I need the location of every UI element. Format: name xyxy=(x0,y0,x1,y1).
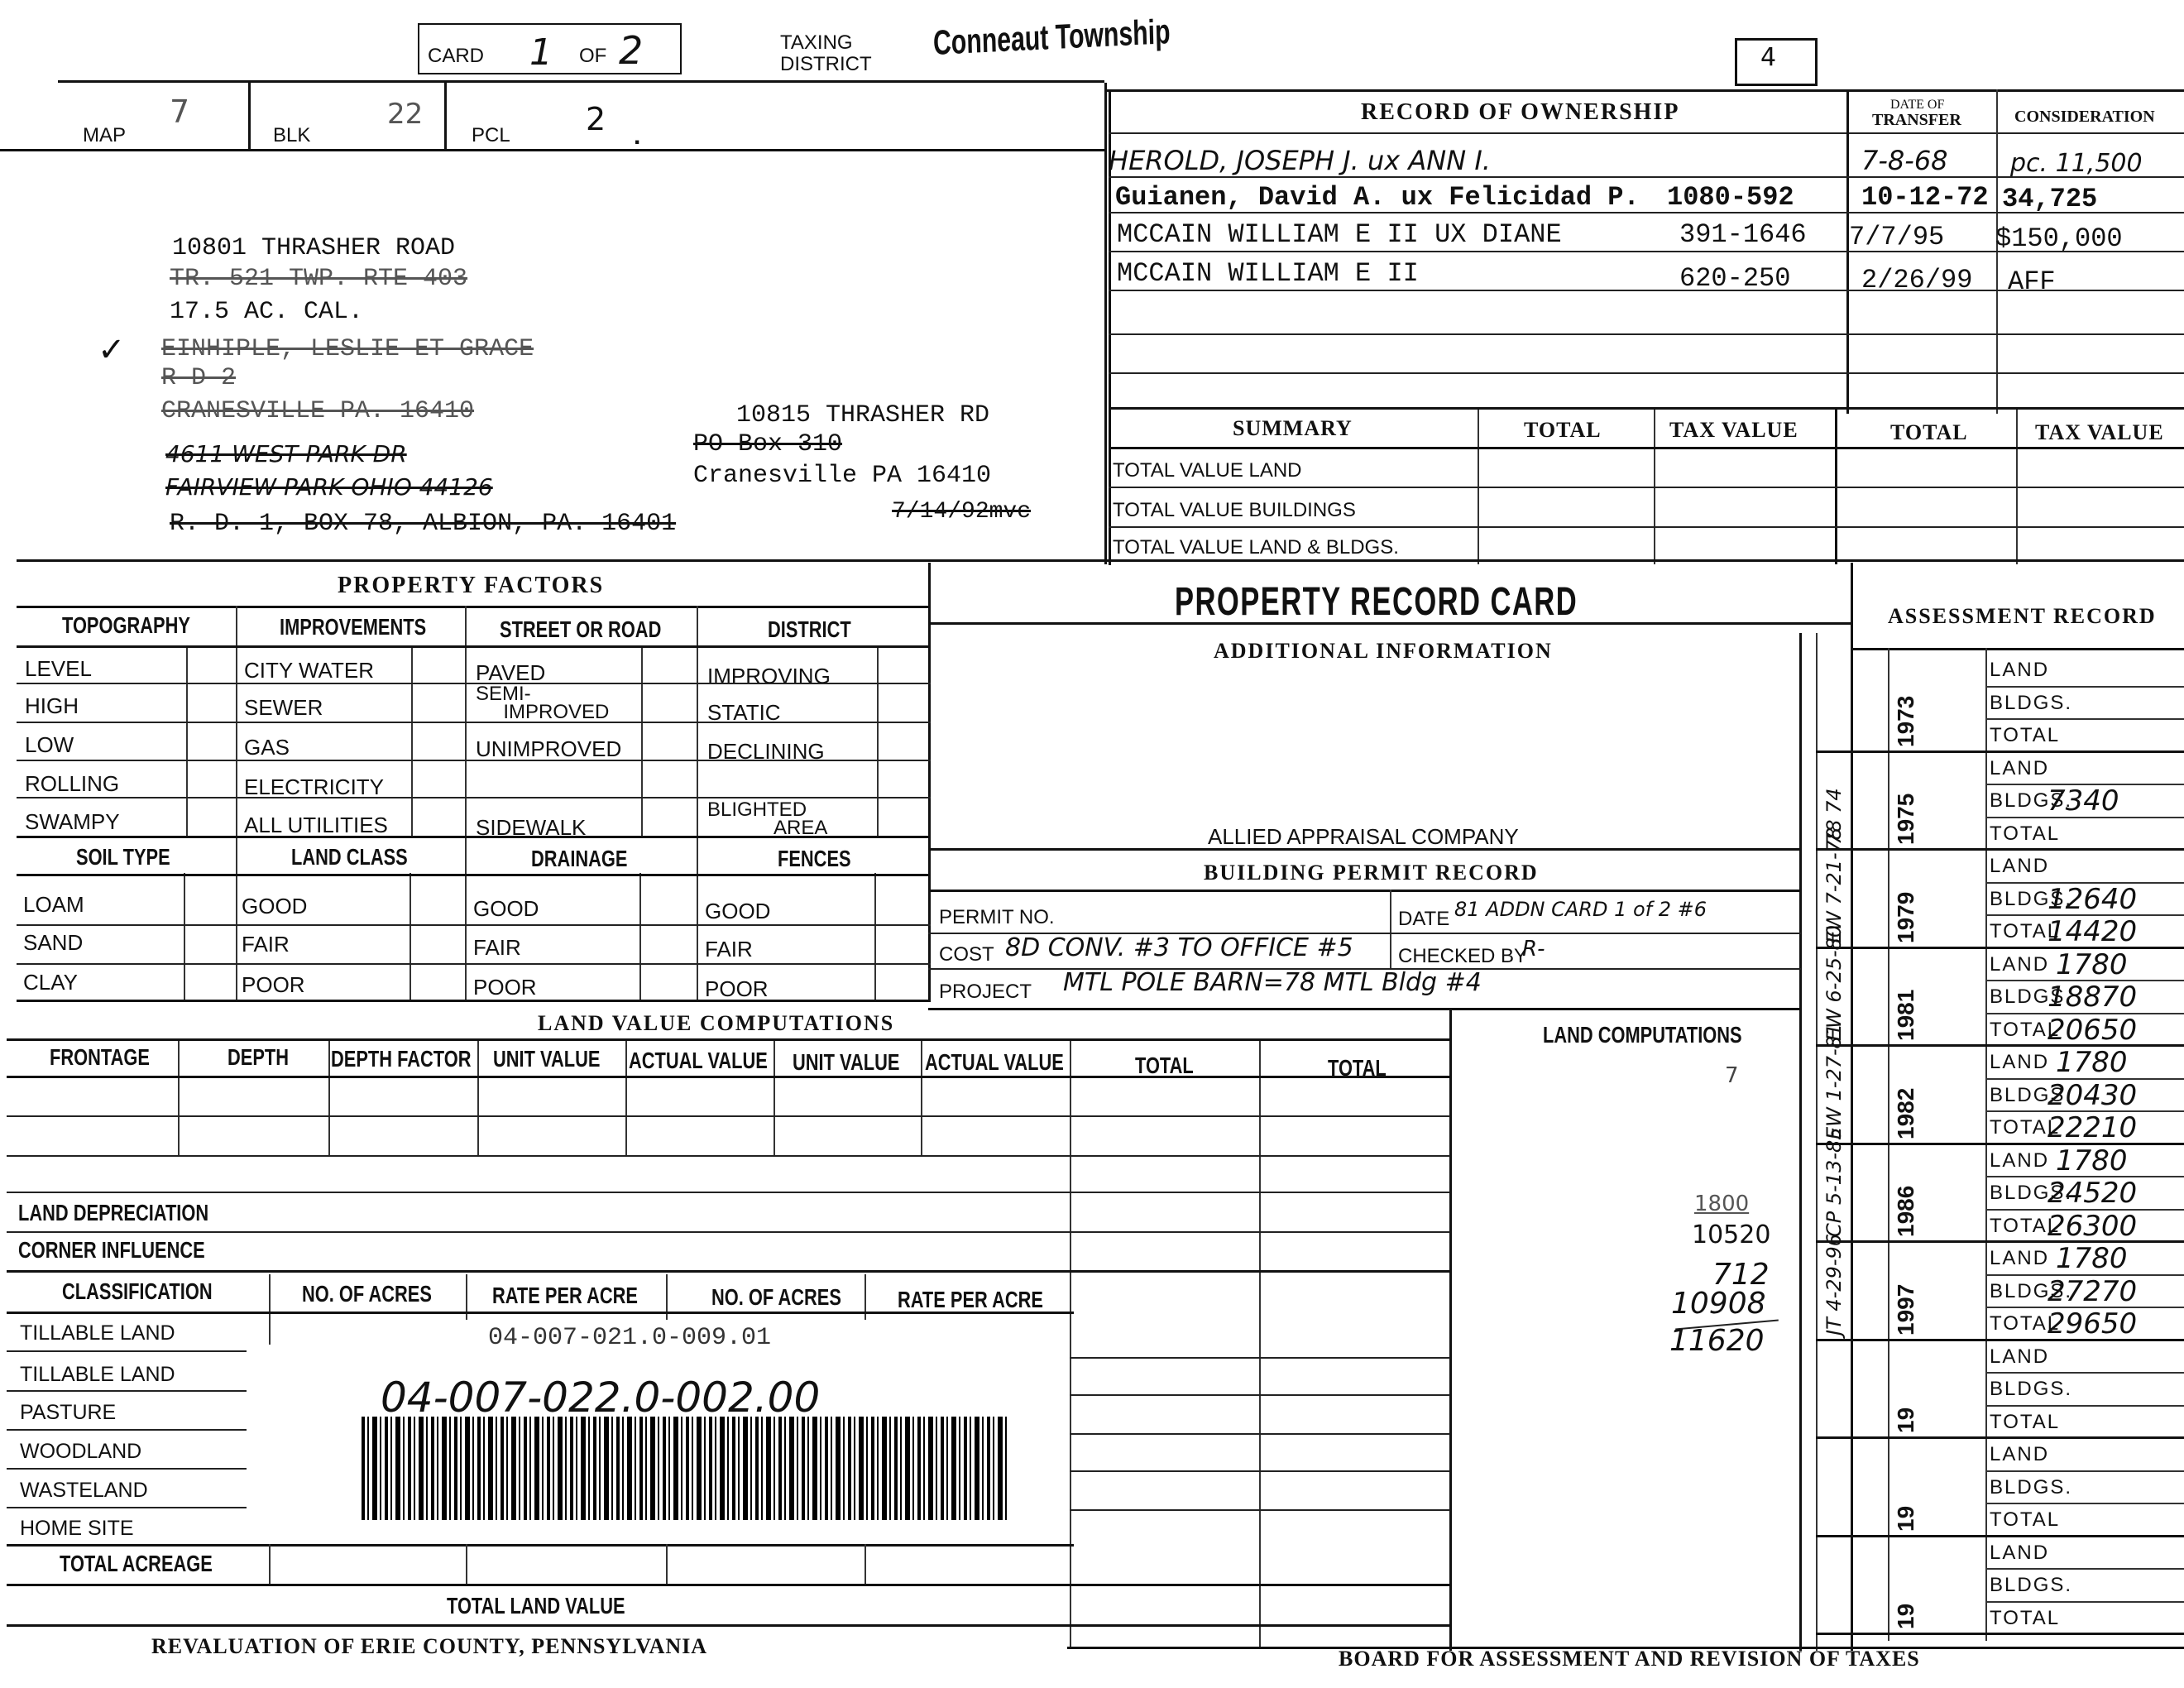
factor-item: SWAMPY xyxy=(25,809,120,835)
assessment-bldgs-value: 24520 xyxy=(2047,1177,2137,1210)
address-line: FAIRVIEW PARK OHIO 44126 xyxy=(165,473,493,501)
factor-item: UNIMPROVED xyxy=(476,736,621,762)
consideration-header: CONSIDERATION xyxy=(2014,108,2155,127)
owner-name: Guianen, David A. ux Felicidad P. xyxy=(1115,182,1640,213)
address-line: R D 2 xyxy=(161,364,236,392)
summary-col-total-2: TOTAL xyxy=(1890,420,1968,445)
assessment-land-value: 1780 xyxy=(2056,1144,2128,1177)
blk-label: BLK xyxy=(273,124,310,147)
assessment-year: 1979 xyxy=(1893,891,1919,942)
factor-item: GOOD xyxy=(473,896,539,922)
map-value: 7 xyxy=(170,94,189,130)
factor-item: CLAY xyxy=(23,970,78,995)
pcl-value: 2 xyxy=(586,101,606,137)
assessment-label-land: LAND xyxy=(1990,1542,2049,1565)
assessment-year: 19 xyxy=(1893,1505,1919,1531)
summary-row-land: TOTAL VALUE LAND xyxy=(1113,459,1302,482)
assessment-label-land: LAND xyxy=(1990,855,2049,878)
permit-no-label: PERMIT NO. xyxy=(939,906,1055,929)
assessment-label-total: TOTAL xyxy=(1990,1411,2060,1434)
factor-item: SEWER xyxy=(244,695,323,721)
land-value-title: LAND VALUE COMPUTATIONS xyxy=(538,1011,894,1036)
date-header-2: TRANSFER xyxy=(1872,111,1961,130)
taxing-district-label-1: TAXING xyxy=(780,31,853,55)
checked-by-label: CHECKED BY xyxy=(1398,945,1527,968)
assessment-title: ASSESSMENT RECORD xyxy=(1888,604,2157,629)
address-line: R. D. 1, BOX 78, ALBION, PA. 16401 xyxy=(170,510,676,538)
record-card-title: PROPERTY RECORD CARD xyxy=(1175,579,1578,625)
factor-header-drainage: DRAINAGE xyxy=(531,846,627,872)
assessment-label-bldgs: BLDGS. xyxy=(1990,692,2072,715)
barcode xyxy=(362,1417,1007,1520)
assessment-total-value: 22210 xyxy=(2047,1111,2137,1144)
assessment-year-block: 19 LAND BLDGS. TOTAL xyxy=(1816,1340,2184,1439)
mailing-line: PO Box 310 xyxy=(693,430,842,458)
assessment-note: EW 1-27-81 xyxy=(1822,1023,1846,1139)
lv-col-depth-factor: DEPTH FACTOR xyxy=(331,1046,471,1072)
total-land-value-label: TOTAL LAND VALUE xyxy=(447,1593,625,1619)
assessment-label-land: LAND xyxy=(1990,659,2049,682)
property-factors-title: PROPERTY FACTORS xyxy=(338,573,604,599)
transfer-date: 7/7/95 xyxy=(1849,222,1944,252)
footer-right: BOARD FOR ASSESSMENT AND REVISION OF TAX… xyxy=(1339,1647,1920,1671)
factor-item: HIGH xyxy=(25,693,79,719)
district-number: 4 xyxy=(1760,43,1776,72)
land-comp-value: 11620 xyxy=(1669,1324,1765,1358)
assessment-year-block: 19 LAND BLDGS. TOTAL xyxy=(1816,1537,2184,1635)
cost-value: 8D CONV. #3 TO OFFICE #5 xyxy=(1005,933,1353,962)
assessment-note: CP 5-13-85 xyxy=(1822,1127,1846,1237)
consideration: $150,000 xyxy=(1995,223,2123,254)
summary-title: SUMMARY xyxy=(1233,416,1353,441)
land-comp-value: 10520 xyxy=(1692,1220,1770,1249)
ownership-title: RECORD OF OWNERSHIP xyxy=(1361,99,1679,126)
checkmark-icon: ✓ xyxy=(98,331,126,369)
mailing-line: Cranesville PA 16410 xyxy=(693,462,991,490)
factor-header-soil-type: SOIL TYPE xyxy=(76,844,170,870)
assessment-total-value: 14420 xyxy=(2047,915,2137,948)
assessment-year-block: 19 LAND BLDGS. TOTAL xyxy=(1816,1438,2184,1537)
factor-item: SAND xyxy=(23,930,83,956)
factor-item: SEMI- IMPROVED xyxy=(476,685,609,722)
assessment-label-land: LAND xyxy=(1990,953,2049,976)
address-line: TR. 521 TWP. RTE 403 xyxy=(170,265,467,293)
factor-item: LOAM xyxy=(23,892,84,918)
owner-name: HEROLD, JOSEPH J. ux ANN I. xyxy=(1109,145,1491,176)
transfer-date: 10-12-72 xyxy=(1861,182,1989,213)
factor-item: GAS xyxy=(244,735,290,760)
classification-item: PASTURE xyxy=(20,1401,116,1425)
class-col-classification: CLASSIFICATION xyxy=(62,1278,213,1305)
assessment-year: 1981 xyxy=(1893,990,1919,1041)
blk-value: 22 xyxy=(387,98,423,131)
of-label: OF xyxy=(579,45,606,68)
lv-col-actual-value-2: ACTUAL VALUE xyxy=(925,1049,1064,1076)
factor-item: ALL UTILITIES xyxy=(244,813,388,838)
factor-item: CITY WATER xyxy=(244,658,374,683)
classification-item: WOODLAND xyxy=(20,1440,141,1464)
assessment-year-block: 78 74 1975 LAND BLDGS. TOTAL 7340 xyxy=(1816,752,2184,851)
taxing-district: Conneaut Township xyxy=(932,12,1171,63)
assessment-total-value: 26300 xyxy=(2047,1210,2137,1243)
corner-influence-label: CORNER INFLUENCE xyxy=(18,1237,205,1264)
assessment-label-total: TOTAL xyxy=(1990,822,2060,846)
assessment-total-value: 20650 xyxy=(2047,1014,2137,1047)
assessment-land-value: 1780 xyxy=(2056,948,2128,981)
summary-col-tax-value-2: TAX VALUE xyxy=(2035,420,2164,445)
classification-item: TILLABLE LAND xyxy=(20,1321,175,1345)
permit-date-value: 81 ADDN CARD 1 of 2 #6 xyxy=(1454,898,1707,921)
mailing-line: 7/14/92mvc xyxy=(892,499,1031,525)
deed-book: 1080-592 xyxy=(1667,182,1794,213)
lv-col-depth: DEPTH xyxy=(227,1044,289,1071)
land-comp-value: 1800 xyxy=(1694,1192,1749,1216)
assessment-label-land: LAND xyxy=(1990,757,2049,780)
lv-col-unit-value-2: UNIT VALUE xyxy=(793,1049,899,1076)
card-number: 1 xyxy=(529,31,553,74)
taxing-district-label-2: DISTRICT xyxy=(780,53,872,76)
assessment-bldgs-value: 27270 xyxy=(2047,1275,2137,1308)
lv-col-frontage: FRONTAGE xyxy=(50,1044,150,1071)
project-value: MTL POLE BARN=78 MTL Bldg #4 xyxy=(1063,968,1482,997)
factor-item: LOW xyxy=(25,732,74,758)
assessment-year: 1997 xyxy=(1893,1283,1919,1335)
cost-label: COST xyxy=(939,943,994,966)
assessment-label-land: LAND xyxy=(1990,1443,2049,1466)
factor-item: POOR xyxy=(705,976,769,1002)
assessment-label-bldgs: BLDGS. xyxy=(1990,1476,2072,1499)
mailing-line: 10815 THRASHER RD xyxy=(736,401,989,429)
assessment-bldgs-value: 20430 xyxy=(2047,1079,2137,1112)
assessment-year-block: EW 7-21-78 1979 LAND BLDGS. TOTAL 12640 … xyxy=(1816,850,2184,948)
pcl-label: PCL xyxy=(472,124,510,147)
consideration: AFF xyxy=(2008,266,2056,297)
owner-name: MCCAIN WILLIAM E II UX DIANE xyxy=(1117,219,1562,250)
land-computations-title: LAND COMPUTATIONS xyxy=(1543,1022,1742,1048)
assessment-bldgs-value: 7340 xyxy=(2047,784,2119,818)
classification-item: HOME SITE xyxy=(20,1517,134,1541)
assessment-year-block: JT 4-29-96 1997 LAND BLDGS. TOTAL 1780 2… xyxy=(1816,1242,2184,1340)
factor-item: FAIR xyxy=(705,937,753,962)
project-label: PROJECT xyxy=(939,981,1032,1004)
assessment-label-total: TOTAL xyxy=(1990,1508,2060,1532)
assessment-year-block: EW 6-25-80 1981 LAND BLDGS. TOTAL 1780 1… xyxy=(1816,948,2184,1047)
class-col-rate-2: RATE PER ACRE xyxy=(898,1287,1043,1313)
assessment-year: 1982 xyxy=(1893,1087,1919,1139)
assessment-bldgs-value: 18870 xyxy=(2047,981,2137,1014)
pcl-dot: . xyxy=(634,122,640,151)
land-comp-value: 10908 xyxy=(1671,1287,1766,1321)
appraisal-company: ALLIED APPRAISAL COMPANY xyxy=(1208,824,1519,850)
factor-header-improvements: IMPROVEMENTS xyxy=(280,614,426,640)
assessment-label-total: TOTAL xyxy=(1990,1607,2060,1630)
assessment-year-block: 1973 LAND BLDGS. TOTAL xyxy=(1816,654,2184,752)
factor-item: GOOD xyxy=(242,894,307,919)
classification-item: WASTELAND xyxy=(20,1479,148,1503)
consideration: 34,725 xyxy=(2002,184,2097,214)
factor-item: POOR xyxy=(473,975,537,1000)
card-total: 2 xyxy=(619,28,643,73)
factor-item: GOOD xyxy=(705,899,770,924)
checked-by-value: R- xyxy=(1522,937,1545,961)
assessment-label-total: TOTAL xyxy=(1990,724,2060,747)
factor-item: IMPROVING xyxy=(707,664,831,689)
consideration: pc. 11,500 xyxy=(2010,149,2143,178)
land-comp-value: 7 xyxy=(1725,1063,1739,1088)
permit-date-label: DATE xyxy=(1398,908,1449,931)
assessment-bldgs-value: 12640 xyxy=(2047,883,2137,916)
assessment-year: 1975 xyxy=(1893,794,1919,845)
factor-header-district: DISTRICT xyxy=(768,616,851,643)
total-acreage-label: TOTAL ACREAGE xyxy=(60,1551,213,1577)
factor-item: LEVEL xyxy=(25,656,92,682)
assessment-land-value: 1780 xyxy=(2056,1242,2128,1275)
transfer-date: 7-8-68 xyxy=(1861,145,1948,176)
assessment-year: 1986 xyxy=(1893,1186,1919,1237)
assessment-year: 19 xyxy=(1893,1604,1919,1629)
parcel-id-printed: 04-007-021.0-009.01 xyxy=(488,1324,771,1352)
class-col-rate: RATE PER ACRE xyxy=(492,1283,638,1309)
footer-left: REVALUATION OF ERIE COUNTY, PENNSYLVANIA xyxy=(151,1634,707,1659)
factor-item: BLIGHTED AREA xyxy=(707,801,827,837)
address-line: 4611 WEST PARK DR xyxy=(165,440,407,468)
assessment-year: 19 xyxy=(1893,1407,1919,1433)
lv-col-actual-value: ACTUAL VALUE xyxy=(629,1048,768,1074)
assessment-land-value: 1780 xyxy=(2056,1046,2128,1079)
assessment-label-land: LAND xyxy=(1990,1149,2049,1172)
address-line: CRANESVILLE PA. 16410 xyxy=(161,397,474,425)
address-line: 17.5 AC. CAL. xyxy=(170,298,363,326)
parcel-id-handwritten: 04-007-022.0-002.00 xyxy=(381,1374,820,1422)
factor-header-topography: TOPOGRAPHY xyxy=(62,612,190,639)
assessment-label-land: LAND xyxy=(1990,1247,2049,1270)
summary-col-total: TOTAL xyxy=(1524,418,1602,443)
assessment-year-block: CP 5-13-85 1986 LAND BLDGS. TOTAL 1780 2… xyxy=(1816,1144,2184,1243)
card-label: CARD xyxy=(428,45,484,68)
land-depreciation-label: LAND DEPRECIATION xyxy=(18,1200,208,1226)
assessment-note: JT 4-29-96 xyxy=(1822,1233,1846,1335)
class-col-acres-2: NO. OF ACRES xyxy=(711,1284,841,1311)
map-label: MAP xyxy=(83,124,126,147)
assessment-total-value: 29650 xyxy=(2047,1307,2137,1340)
factor-item: POOR xyxy=(242,972,305,998)
address-line: 10801 THRASHER ROAD xyxy=(172,234,455,262)
summary-row-land-bldgs: TOTAL VALUE LAND & BLDGS. xyxy=(1113,536,1399,559)
building-permit-title: BUILDING PERMIT RECORD xyxy=(1204,861,1539,885)
factor-header-land-class: LAND CLASS xyxy=(291,844,408,870)
assessment-year: 1973 xyxy=(1893,695,1919,746)
factor-item: FAIR xyxy=(242,932,290,957)
assessment-year-block: EW 1-27-81 1982 LAND BLDGS. TOTAL 1780 2… xyxy=(1816,1046,2184,1144)
assessment-label-bldgs: BLDGS. xyxy=(1990,1574,2072,1597)
factor-item: ROLLING xyxy=(25,771,119,797)
summary-row-buildings: TOTAL VALUE BUILDINGS xyxy=(1113,499,1356,522)
factor-header-fences: FENCES xyxy=(778,846,851,872)
additional-info-title: ADDITIONAL INFORMATION xyxy=(1214,639,1553,664)
assessment-label-land: LAND xyxy=(1990,1345,2049,1369)
classification-item: TILLABLE LAND xyxy=(20,1363,175,1387)
class-col-acres: NO. OF ACRES xyxy=(302,1281,432,1307)
factor-header-street: STREET OR ROAD xyxy=(500,616,661,643)
deed-book: 391-1646 xyxy=(1679,219,1807,250)
address-line: EINHIPLE, LESLIE ET GRACE xyxy=(161,335,534,363)
factor-item: FAIR xyxy=(473,935,521,961)
summary-col-tax-value: TAX VALUE xyxy=(1669,418,1798,443)
lv-col-unit-value: UNIT VALUE xyxy=(493,1046,600,1072)
assessment-label-bldgs: BLDGS. xyxy=(1990,1378,2072,1401)
assessment-label-land: LAND xyxy=(1990,1051,2049,1074)
owner-name: MCCAIN WILLIAM E II xyxy=(1117,258,1419,289)
